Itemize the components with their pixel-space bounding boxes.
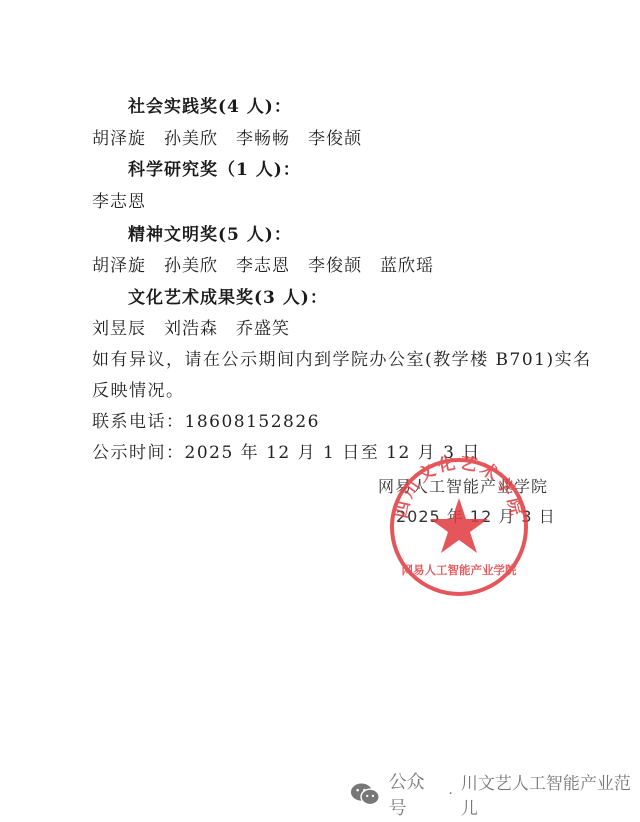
name-item: 孙美欣 bbox=[164, 255, 236, 277]
award-heading-scientific-research: 科学研究奖（1 人)： bbox=[128, 159, 301, 181]
name-item: 孙美欣 bbox=[164, 128, 236, 150]
award-names-scientific-research: 李志恩 bbox=[92, 191, 164, 213]
award-names-spiritual-civilization: 胡泽旋 孙美欣 李志恩 李俊颉 蓝欣瑶 bbox=[92, 255, 452, 277]
award-heading-spiritual-civilization: 精神文明奖(5 人)： bbox=[128, 224, 292, 246]
name-item: 李志恩 bbox=[92, 191, 164, 213]
footer-separator: · bbox=[448, 786, 452, 802]
objection-notice-line1: 如有异议，请在公示期间内到学院办公室(教学楼 B701)实名 bbox=[92, 349, 592, 371]
name-item: 刘昱辰 bbox=[92, 318, 164, 340]
award-heading-culture-arts: 文化艺术成果奖(3 人)： bbox=[128, 287, 328, 309]
footer-label: 公众号 bbox=[389, 768, 441, 820]
name-item: 乔盛笑 bbox=[236, 318, 308, 340]
name-item: 李俊颉 bbox=[308, 128, 380, 150]
footer-account-name: 川文艺人工智能产业范儿 bbox=[461, 769, 640, 819]
name-item: 李俊颉 bbox=[308, 255, 380, 277]
name-item: 李畅畅 bbox=[236, 128, 308, 150]
wechat-account-watermark: 公众号 · 川文艺人工智能产业范儿 bbox=[350, 779, 640, 809]
award-names-social-practice: 胡泽旋 孙美欣 李畅畅 李俊颉 bbox=[92, 128, 380, 150]
name-item: 胡泽旋 bbox=[92, 128, 164, 150]
star-icon bbox=[430, 498, 488, 553]
official-seal-stamp: 四川文化艺术学院 网易人工智能产业学院 bbox=[388, 456, 530, 598]
objection-notice-line2: 反映情况。 bbox=[92, 380, 185, 402]
award-heading-social-practice: 社会实践奖(4 人)： bbox=[128, 96, 292, 118]
wechat-icon bbox=[350, 782, 381, 806]
name-item: 蓝欣瑶 bbox=[380, 255, 452, 277]
name-item: 胡泽旋 bbox=[92, 255, 164, 277]
name-item: 李志恩 bbox=[236, 255, 308, 277]
name-item: 刘浩森 bbox=[164, 318, 236, 340]
contact-phone: 联系电话：18608152826 bbox=[92, 411, 320, 433]
svg-text:网易人工智能产业学院: 网易人工智能产业学院 bbox=[402, 563, 517, 577]
award-names-culture-arts: 刘昱辰 刘浩森 乔盛笑 bbox=[92, 318, 308, 340]
